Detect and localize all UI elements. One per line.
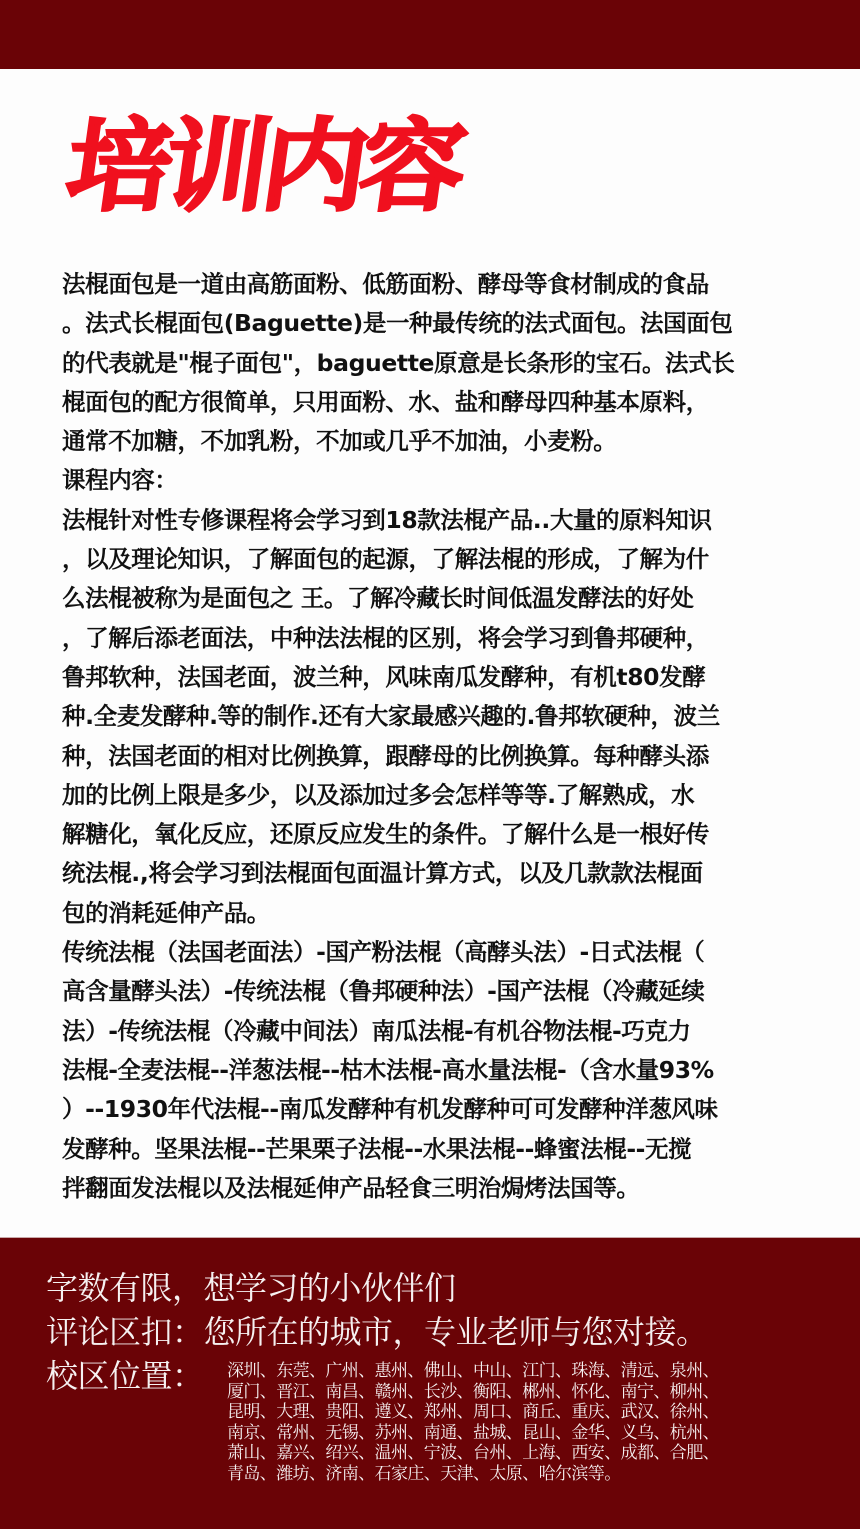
city-line: 昆明、大理、贵阳、遵义、郑州、周口、商丘、重庆、武汉、徐州、 <box>227 1402 827 1423</box>
city-line: 深圳、东莞、广州、惠州、佛山、中山、江门、珠海、清远、泉州、 <box>227 1361 827 1382</box>
footer-line-limited: 字数有限，想学习的小伙伴们 <box>46 1268 456 1308</box>
text-line: 么法棍被称为是面包之 王。了解冷藏长时间低温发酵法的好处 <box>62 579 802 618</box>
text-line: 包的消耗延伸产品。 <box>62 894 802 933</box>
page-title: 培训内容 <box>60 112 466 222</box>
text-line: 法棍针对性专修课程将会学习到18款法棍产品..大量的原料知识 <box>62 501 802 540</box>
top-banner <box>0 0 860 69</box>
campus-city-list: 深圳、东莞、广州、惠州、佛山、中山、江门、珠海、清远、泉州、 厦门、晋江、南昌、… <box>227 1361 827 1485</box>
text-line: ，以及理论知识，了解面包的起源，了解法棍的形成，了解为什 <box>62 540 802 579</box>
text-line: 。法式长棍面包(Baguette)是一种最传统的法式面包。法国面包 <box>62 304 802 343</box>
text-line: 通常不加糖，不加乳粉，不加或几乎不加油，小麦粉。 <box>62 422 802 461</box>
text-line: 法棍-全麦法棍--洋葱法棍--枯木法棍-高水量法棍-（含水量93% <box>62 1051 802 1090</box>
footer-line-comment: 评论区扣：您所在的城市，专业老师与您对接。 <box>46 1312 708 1352</box>
footer-banner: 字数有限，想学习的小伙伴们 评论区扣：您所在的城市，专业老师与您对接。 校区位置… <box>0 1237 860 1529</box>
course-heading: 课程内容： <box>62 461 802 500</box>
text-line: 传统法棍（法国老面法）-国产粉法棍（高酵头法）-日式法棍（ <box>62 933 802 972</box>
article-body: 法棍面包是一道由高筋面粉、低筋面粉、酵母等食材制成的食品 。法式长棍面包(Bag… <box>62 265 802 1208</box>
campus-label: 校区位置： <box>46 1356 204 1396</box>
text-line: 法）-传统法棍（冷藏中间法）南瓜法棍-有机谷物法棍-巧克力 <box>62 1012 802 1051</box>
text-line: 种.全麦发酵种.等的制作.还有大家最感兴趣的.鲁邦软硬种，波兰 <box>62 697 802 736</box>
text-line: 拌翻面发法棍以及法棍延伸产品轻食三明治焗烤法国等。 <box>62 1169 802 1208</box>
text-line: 高含量酵头法）-传统法棍（鲁邦硬种法）-国产法棍（冷藏延续 <box>62 972 802 1011</box>
text-line: 的代表就是"棍子面包"，baguette原意是长条形的宝石。法式长 <box>62 344 802 383</box>
text-line: 种，法国老面的相对比例换算，跟酵母的比例换算。每种酵头添 <box>62 737 802 776</box>
city-line: 南京、常州、无锡、苏州、南通、盐城、昆山、金华、义乌、杭州、 <box>227 1423 827 1444</box>
course-paragraph: 法棍针对性专修课程将会学习到18款法棍产品..大量的原料知识 ，以及理论知识，了… <box>62 501 802 933</box>
text-line: ，了解后添老面法，中种法法棍的区别，将会学习到鲁邦硬种， <box>62 619 802 658</box>
text-line: 法棍面包是一道由高筋面粉、低筋面粉、酵母等食材制成的食品 <box>62 265 802 304</box>
text-line: 棍面包的配方很简单，只用面粉、水、盐和酵母四种基本原料， <box>62 383 802 422</box>
city-line: 厦门、晋江、南昌、赣州、长沙、衡阳、郴州、怀化、南宁、柳州、 <box>227 1382 827 1403</box>
text-line: 统法棍.,将会学习到法棍面包面温计算方式，以及几款款法棍面 <box>62 854 802 893</box>
city-line: 萧山、嘉兴、绍兴、温州、宁波、台州、上海、西安、成都、合肥、 <box>227 1443 827 1464</box>
product-list-paragraph: 传统法棍（法国老面法）-国产粉法棍（高酵头法）-日式法棍（ 高含量酵头法）-传统… <box>62 933 802 1208</box>
text-line: ）--1930年代法棍--南瓜发酵种有机发酵种可可发酵种洋葱风味 <box>62 1090 802 1129</box>
text-line: 解糖化，氧化反应，还原反应发生的条件。了解什么是一根好传 <box>62 815 802 854</box>
text-line: 发酵种。坚果法棍--芒果栗子法棍--水果法棍--蜂蜜法棍--无搅 <box>62 1130 802 1169</box>
text-line: 鲁邦软种，法国老面，波兰种，风味南瓜发酵种，有机t80发酵 <box>62 658 802 697</box>
intro-paragraph: 法棍面包是一道由高筋面粉、低筋面粉、酵母等食材制成的食品 。法式长棍面包(Bag… <box>62 265 802 461</box>
text-line: 加的比例上限是多少，以及添加过多会怎样等等.了解熟成，水 <box>62 776 802 815</box>
city-line: 青岛、潍坊、济南、石家庄、天津、太原、哈尔滨等。 <box>227 1464 827 1485</box>
